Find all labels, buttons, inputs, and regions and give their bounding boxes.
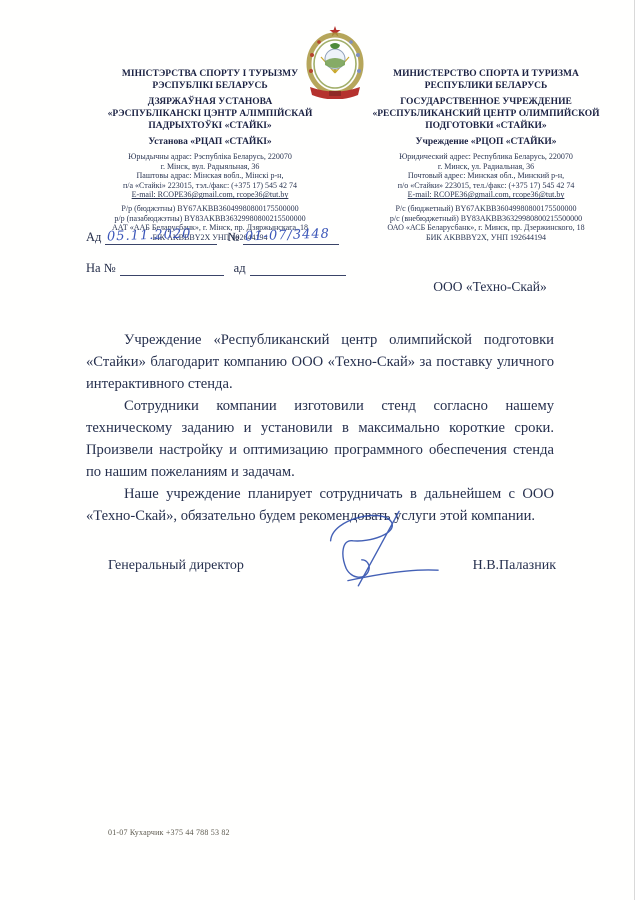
outgoing-date-label: Ад (86, 230, 101, 245)
org-title-line: ДЗЯРЖАЎНАЯ УСТАНОВА (76, 96, 344, 108)
postal-address-line: Почтовый адрес: Минская обл., Минский р-… (352, 171, 620, 181)
bank-account-line: Р/р (бюджэтны) BY67AKBB36049980800175500… (76, 204, 344, 214)
org-title-line: ПОДГОТОВКИ «СТАЙКИ» (352, 120, 620, 132)
outgoing-reference-row: Ад 05.11.2020 № 01-07/3448 (86, 223, 346, 245)
body-paragraph: Сотрудники компании изготовили стенд сог… (86, 395, 554, 483)
org-title-line: МІНІСТЭРСТВА СПОРТУ І ТУРЫЗМУ (76, 68, 344, 80)
org-short-name: Установа «РЦАП «СТАЙКІ» (76, 136, 344, 148)
letterhead-left-belarusian: МІНІСТЭРСТВА СПОРТУ І ТУРЫЗМУ РЭСПУБЛІКІ… (76, 68, 344, 242)
org-title-line: РЭСПУБЛІКІ БЕЛАРУСЬ (76, 80, 344, 92)
bank-account-line: р/с (внебюджетный) BY83AKBB3632998080021… (352, 214, 620, 224)
legal-address-line: Юридический адрес: Республика Беларусь, … (352, 152, 620, 162)
handwritten-signature-icon (315, 505, 445, 593)
outgoing-number-label: № (227, 230, 239, 245)
legal-address-line: г. Минск, ул. Радиальная, 36 (352, 162, 620, 172)
legal-address-line: г. Мінск, вул. Радыяльная, 36 (76, 162, 344, 172)
email-line: E-mail: RCOPE36@gmail.com, rcope36@tut.b… (352, 190, 620, 200)
bank-codes-line: БИК AKBBBY2X, УНП 192644194 (352, 233, 620, 243)
signer-name: Н.В.Палазник (473, 558, 556, 574)
phone-fax-line: п/а «Стайкі» 223015, тэл./факс: (+375 17… (76, 181, 344, 191)
executor-contact-footer: 01-07 Кухарчик +375 44 788 53 82 (108, 828, 230, 837)
body-paragraph: Учреждение «Республиканский центр олимпи… (86, 329, 554, 395)
letter-page: МІНІСТЭРСТВА СПОРТУ І ТУРЫЗМУ РЭСПУБЛІКІ… (0, 0, 635, 900)
legal-address-line: Юрыдычны адрас: Рэспубліка Беларусь, 220… (76, 152, 344, 162)
handwritten-date: 05.11.2020 (107, 227, 192, 245)
email-line: E-mail: RCOPE36@gmail.com, rcope36@tut.b… (76, 190, 344, 200)
bank-name-line: ОАО «АСБ Беларусбанк», г. Минск, пр. Дзе… (352, 223, 620, 233)
letter-body: Учреждение «Республиканский центр олимпи… (86, 329, 554, 527)
org-title-line: ГОСУДАРСТВЕННОЕ УЧРЕЖДЕНИЕ (352, 96, 620, 108)
recipient-name: ООО «Техно-Скай» (378, 279, 602, 295)
postal-address-line: Паштовы адрас: Мінская вобл., Мінскі р-н… (76, 171, 344, 181)
org-title-line: ПАДРЫХТОЎКІ «СТАЙКІ» (76, 120, 344, 132)
incoming-number-field (120, 259, 224, 276)
org-title-line: РЕСПУБЛИКИ БЕЛАРУСЬ (352, 80, 620, 92)
bank-account-line: р/р (пазабюджэтны) BY83AKBB3632998080021… (76, 214, 344, 224)
incoming-number-label: На № (86, 261, 116, 276)
phone-fax-line: п/о «Стайки» 223015, тел./факс: (+375 17… (352, 181, 620, 191)
incoming-reference-row: На № ад (86, 254, 346, 276)
handwritten-number: 01-07/3448 (245, 227, 330, 245)
signer-title: Генеральный директор (108, 558, 244, 574)
outgoing-date-field: 05.11.2020 (105, 228, 217, 245)
org-short-name: Учреждение «РЦОП «СТАЙКИ» (352, 136, 620, 148)
outgoing-number-field: 01-07/3448 (243, 228, 339, 245)
org-title-line: «РЕСПУБЛИКАНСКИЙ ЦЕНТР ОЛИМПИЙСКОЙ (352, 108, 620, 120)
reference-block: Ад 05.11.2020 № 01-07/3448 На № ад (86, 223, 346, 285)
incoming-date-label: ад (234, 261, 246, 276)
letterhead-right-russian: МИНИСТЕРСТВО СПОРТА И ТУРИЗМА РЕСПУБЛИКИ… (352, 68, 620, 242)
org-title-line: «РЭСПУБЛІКАНСКІ ЦЭНТР АЛІМПІЙСКАЙ (76, 108, 344, 120)
incoming-date-field (250, 259, 346, 276)
org-title-line: МИНИСТЕРСТВО СПОРТА И ТУРИЗМА (352, 68, 620, 80)
bank-account-line: Р/с (бюджетный) BY67AKBB3604998080017550… (352, 204, 620, 214)
